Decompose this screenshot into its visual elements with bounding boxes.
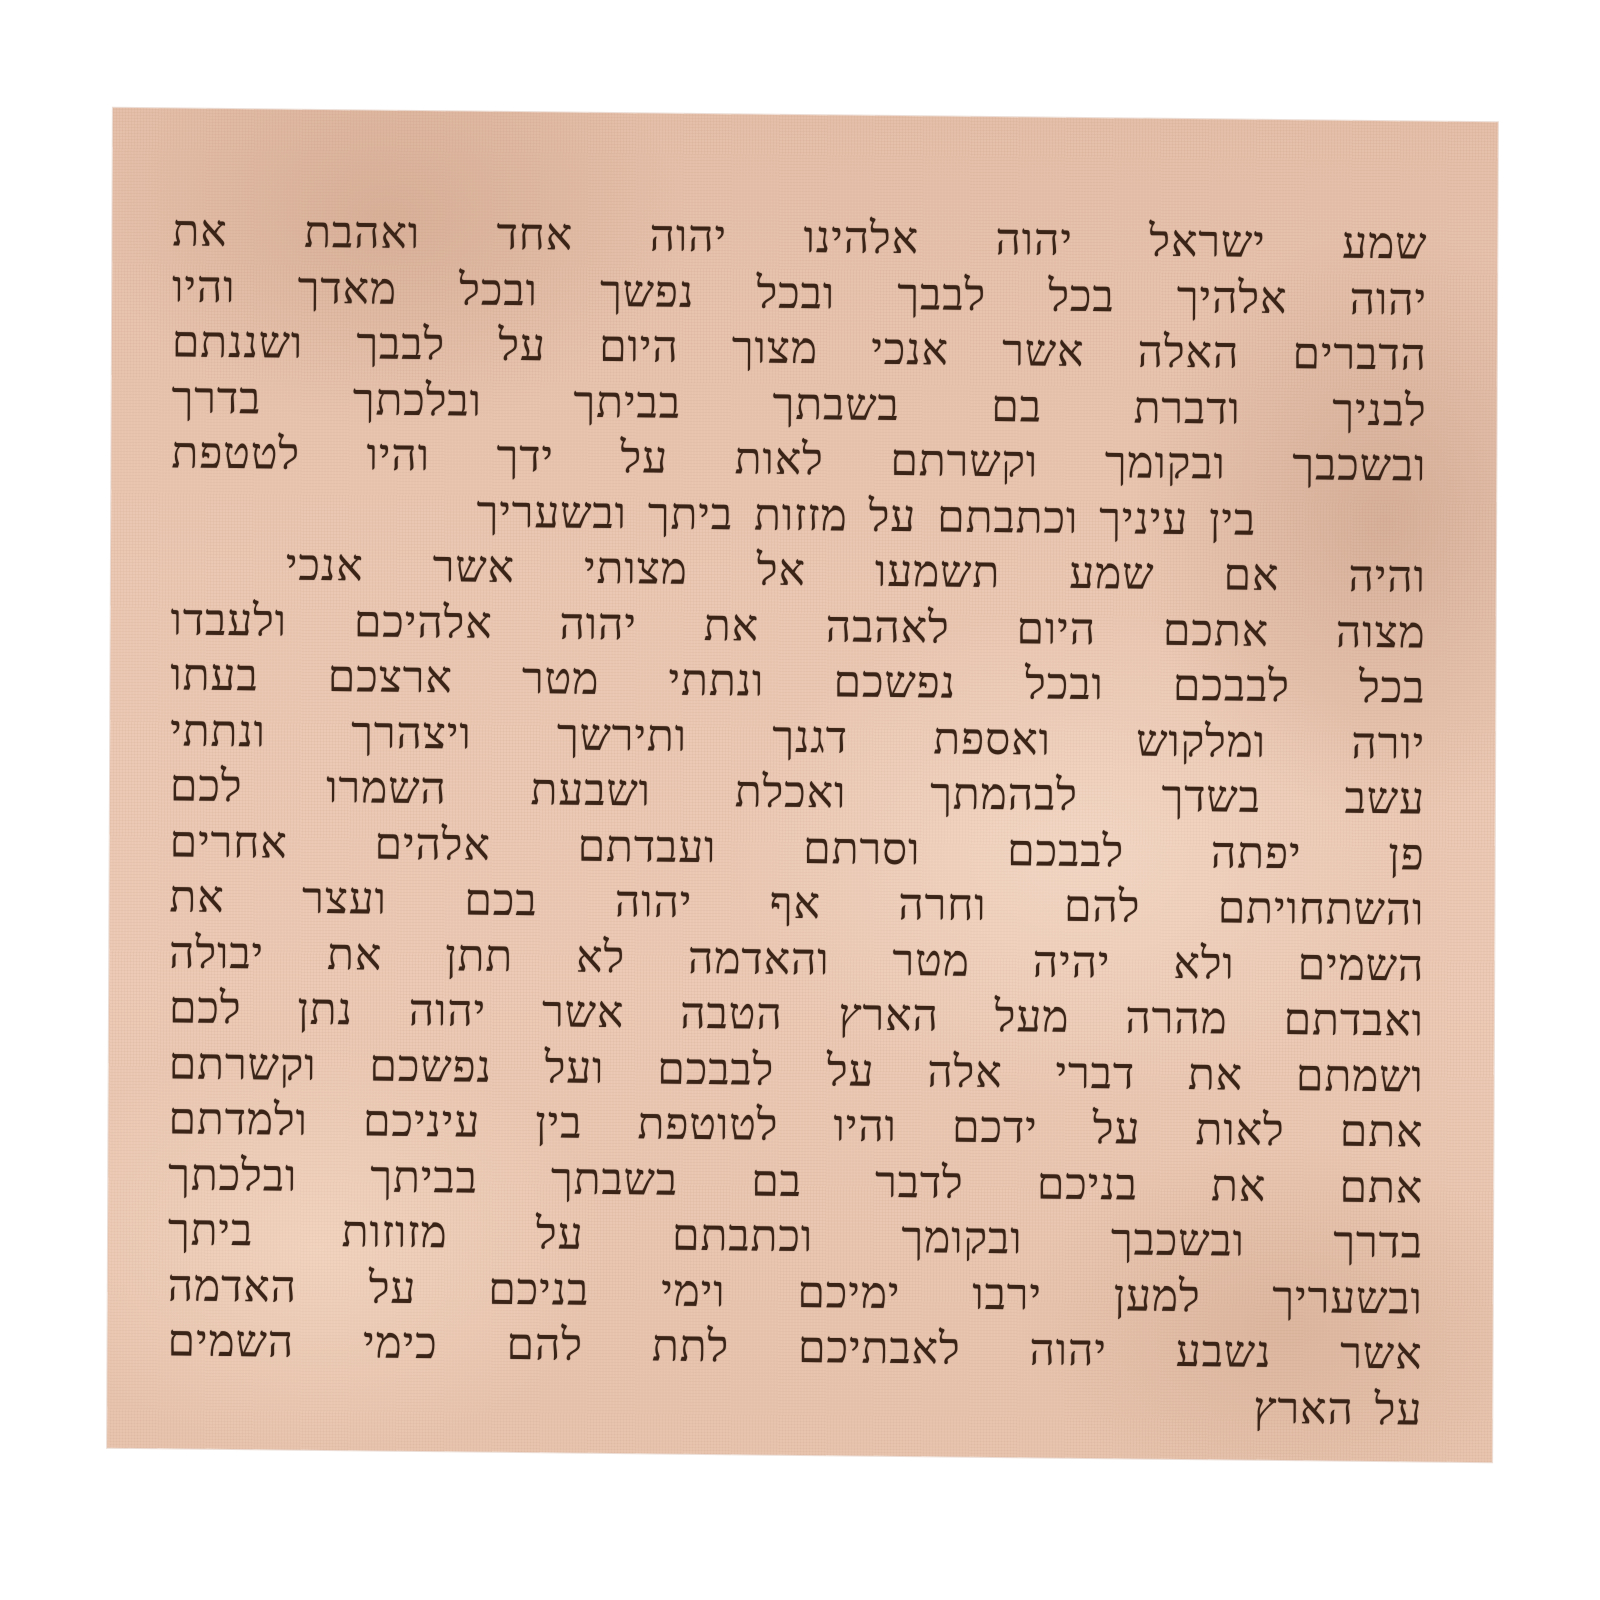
mezuzah-parchment: שמע ישראל יהוה אלהינו יהוה אחד ואהבת את … bbox=[107, 108, 1498, 1462]
scroll-text: שמע ישראל יהוה אלהינו יהוה אחד ואהבת את … bbox=[167, 203, 1427, 1437]
photo-stage: שמע ישראל יהוה אלהינו יהוה אחד ואהבת את … bbox=[0, 0, 1600, 1600]
